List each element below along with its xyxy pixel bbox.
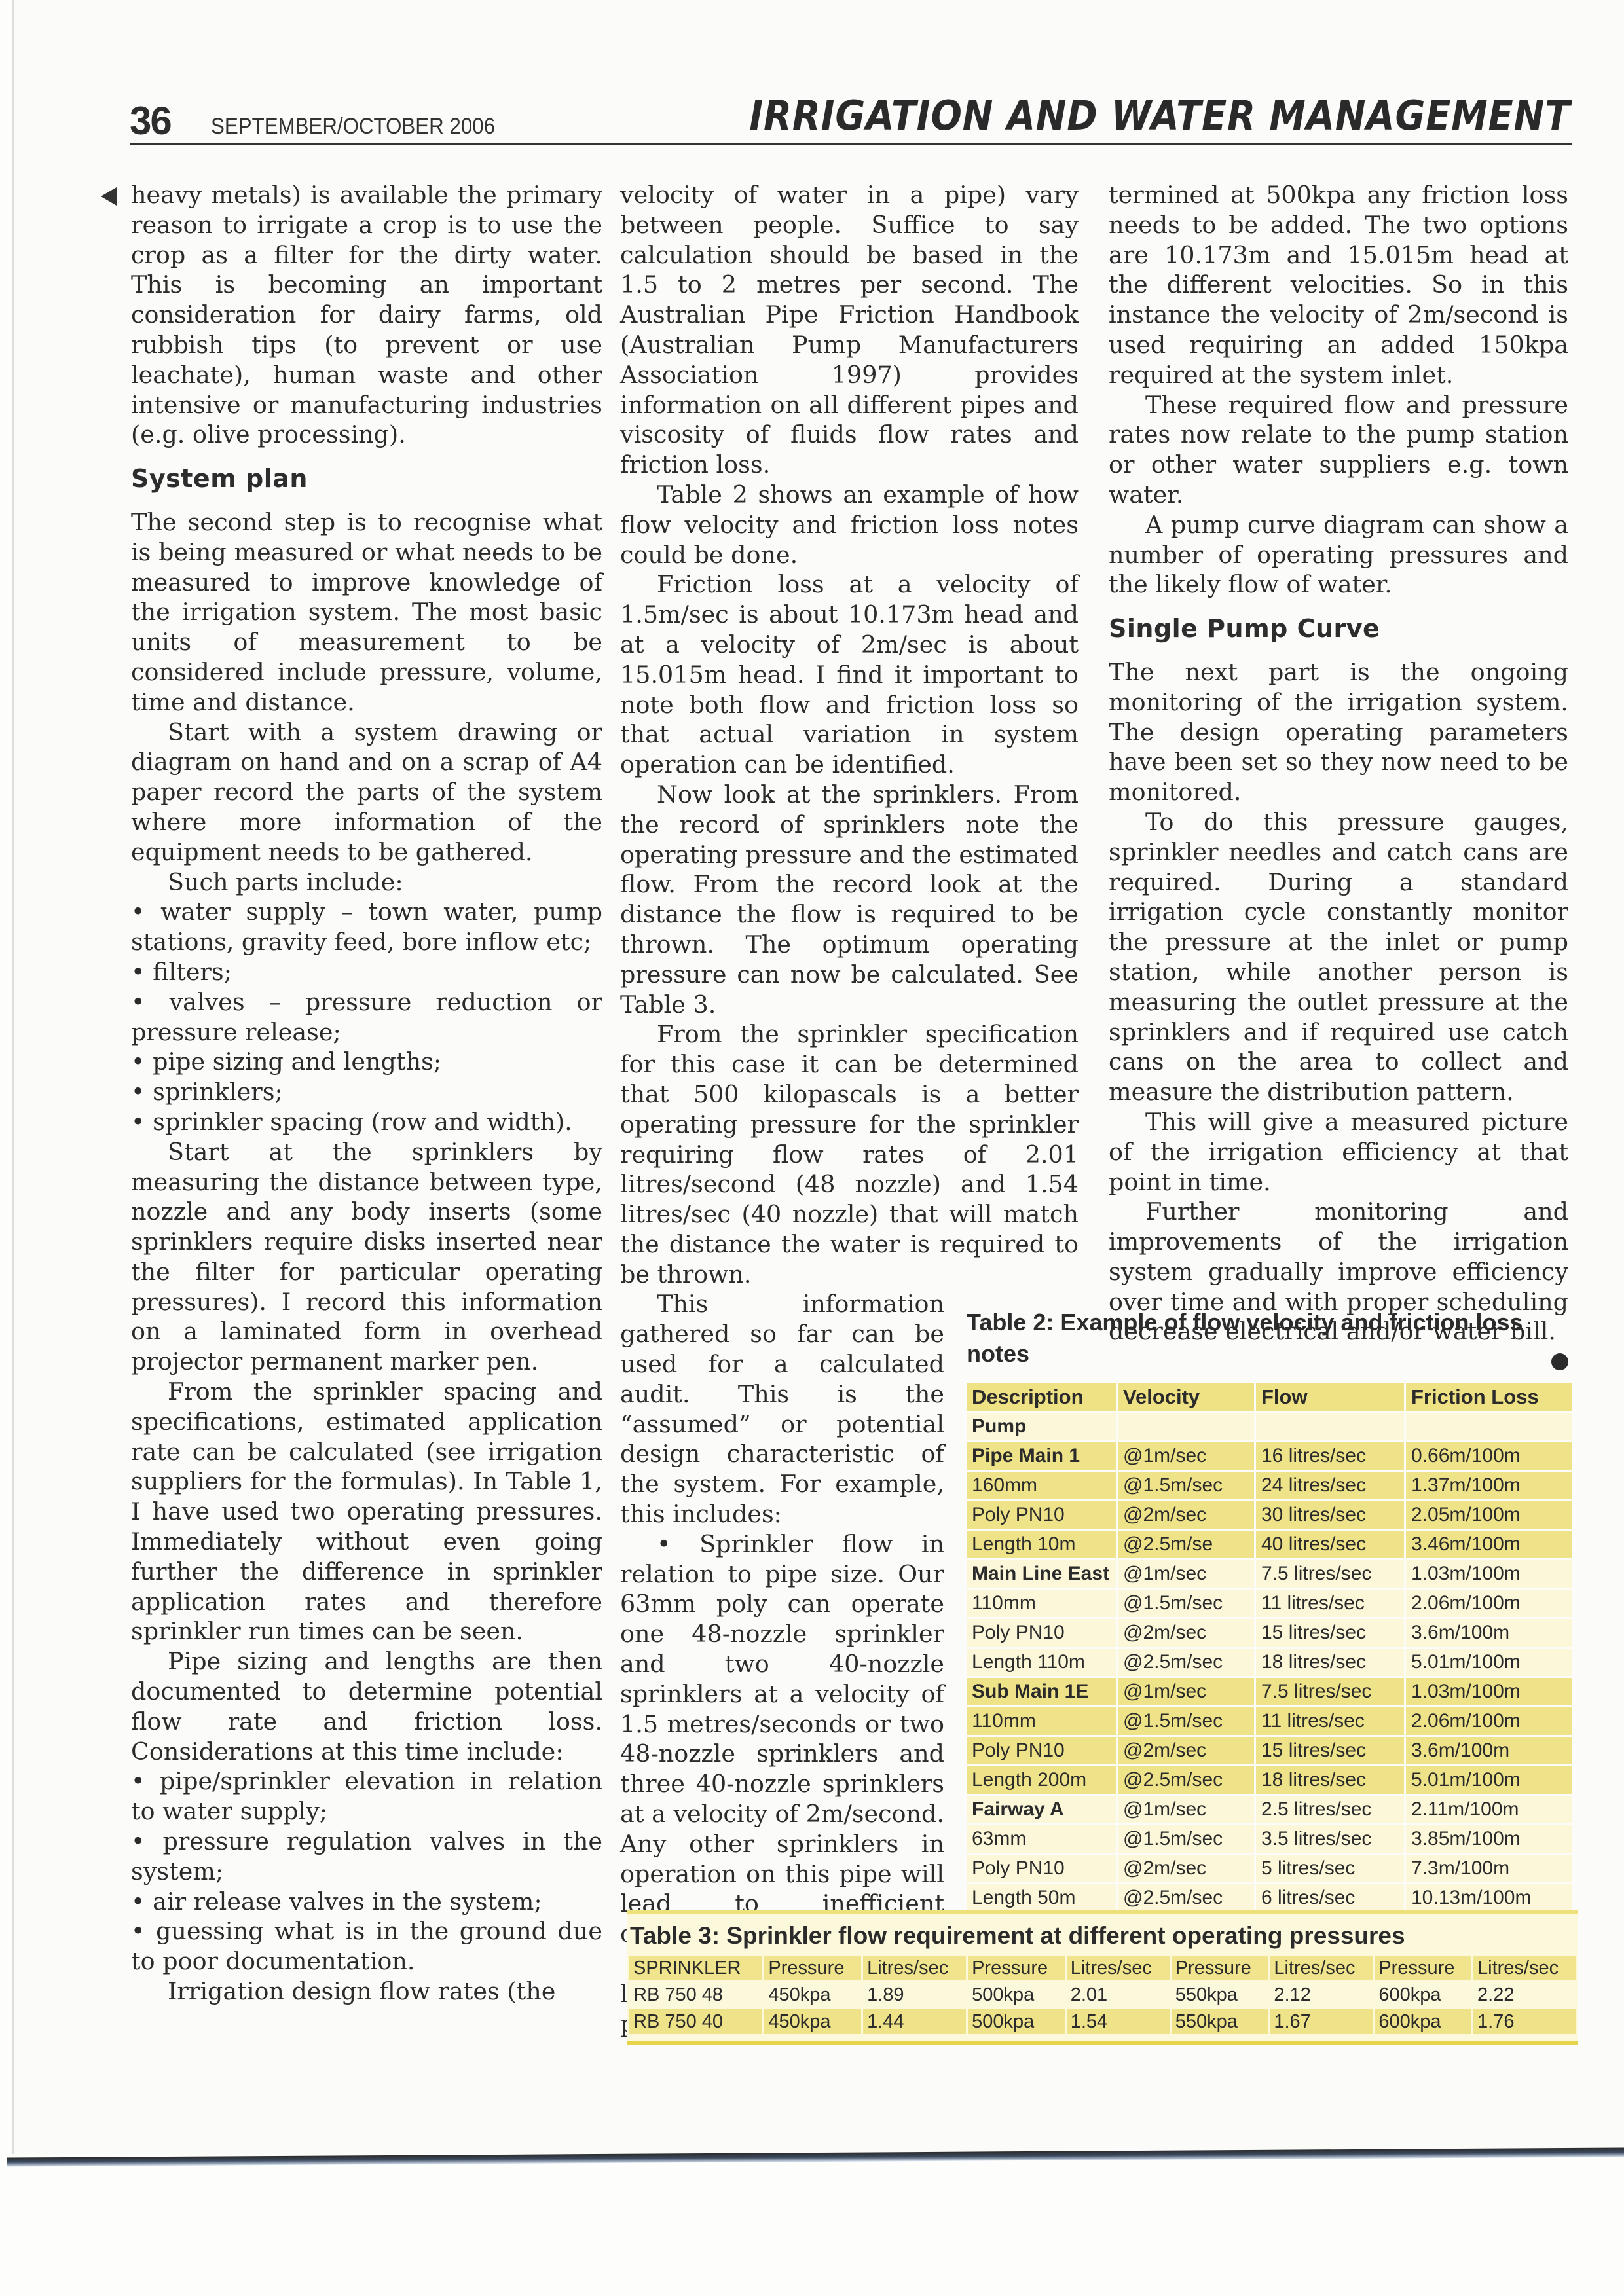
table-row: 110mm @1.5m/sec 11 litres/sec 2.06m/100m xyxy=(967,1707,1572,1735)
cell-flow: 1.76 xyxy=(1473,2009,1576,2034)
cell-flow: 1.54 xyxy=(1067,2009,1170,2034)
column-header: Friction Loss xyxy=(1406,1383,1572,1411)
cell-description: 160mm xyxy=(967,1472,1116,1499)
paragraph: The second step is to recognise what is … xyxy=(131,507,602,718)
cell-pressure: 550kpa xyxy=(1172,1982,1268,2007)
table-row: Fairway A @1m/sec 2.5 litres/sec 2.11m/1… xyxy=(967,1796,1572,1823)
paragraph: termined at 500kpa any friction loss nee… xyxy=(1109,180,1568,390)
cell-flow: 15 litres/sec xyxy=(1256,1619,1404,1647)
cell-flow: 7.5 litres/sec xyxy=(1256,1678,1404,1705)
table-row: Poly PN10 @2m/sec 15 litres/sec 3.6m/100… xyxy=(967,1737,1572,1764)
cell-velocity: @1m/sec xyxy=(1118,1678,1254,1705)
cell-velocity: @2.5m/sec xyxy=(1118,1766,1254,1794)
paragraph: From the sprinkler specification for thi… xyxy=(620,1019,1079,1289)
table-row: RB 750 40 450kpa 1.44 500kpa 1.54 550kpa… xyxy=(629,2009,1576,2034)
cell-flow: 18 litres/sec xyxy=(1256,1766,1404,1794)
paragraph: To do this pressure gauges, sprinkler ne… xyxy=(1109,807,1568,1107)
magazine-title: IRRIGATION AND WATER MANAGEMENT xyxy=(749,92,1570,139)
cell-description: Length 200m xyxy=(967,1766,1116,1794)
cell-velocity: @1m/sec xyxy=(1118,1442,1254,1470)
cell-friction-loss xyxy=(1406,1413,1572,1440)
cell-velocity: @1.5m/sec xyxy=(1118,1707,1254,1735)
cell-velocity: @1.5m/sec xyxy=(1118,1825,1254,1853)
paragraph: A pump curve diagram can show a number o… xyxy=(1109,510,1568,600)
cell-velocity: @2.5m/se xyxy=(1118,1531,1254,1558)
column-header: Pressure xyxy=(1375,1956,1471,1980)
table-row: RB 750 48 450kpa 1.89 500kpa 2.01 550kpa… xyxy=(629,1982,1576,2007)
column-3: termined at 500kpa any friction loss nee… xyxy=(1109,180,1568,1370)
cell-flow: 24 litres/sec xyxy=(1256,1472,1404,1499)
table-2-grid: Description Velocity Flow Friction Loss … xyxy=(965,1381,1574,1914)
cell-velocity: @2.5m/sec xyxy=(1118,1649,1254,1676)
bullet-item: • Sprinkler flow in relation to pipe siz… xyxy=(620,1529,944,1949)
cell-velocity: @1.5m/sec xyxy=(1118,1472,1254,1499)
column-header: Description xyxy=(967,1383,1116,1411)
cell-velocity xyxy=(1118,1413,1254,1440)
cell-velocity: @2m/sec xyxy=(1118,1855,1254,1882)
bullet-item: • air release valves in the system; xyxy=(131,1887,602,1917)
cell-flow: 15 litres/sec xyxy=(1256,1737,1404,1764)
column-header: Flow xyxy=(1256,1383,1404,1411)
cell-friction-loss: 2.06m/100m xyxy=(1406,1707,1572,1735)
paragraph: This information gathered so far can be … xyxy=(620,1289,944,1529)
table-header-row: SPRINKLER Pressure Litres/sec Pressure L… xyxy=(629,1956,1576,1980)
cell-friction-loss: 1.03m/100m xyxy=(1406,1678,1572,1705)
cell-pressure: 600kpa xyxy=(1375,1982,1471,2007)
paragraph: This will give a measured picture of the… xyxy=(1109,1107,1568,1197)
cell-pressure: 500kpa xyxy=(968,2009,1065,2034)
bullet-item: • valves – pressure reduction or pressur… xyxy=(131,987,602,1048)
column-header: Velocity xyxy=(1118,1383,1254,1411)
paragraph: The next part is the ongoing monitoring … xyxy=(1109,657,1568,807)
column-1: heavy metals) is available the primary r… xyxy=(131,180,602,2007)
cell-description: 63mm xyxy=(967,1825,1116,1853)
column-header: Pressure xyxy=(968,1956,1065,1980)
paragraph: Start at the sprinklers by measuring the… xyxy=(131,1137,602,1377)
cell-friction-loss: 2.05m/100m xyxy=(1406,1501,1572,1529)
column-header: Pressure xyxy=(1172,1956,1268,1980)
column-header: Litres/sec xyxy=(1067,1956,1170,1980)
table-row: Pump xyxy=(967,1413,1572,1440)
cell-description: Poly PN10 xyxy=(967,1855,1116,1882)
cell-pressure: 600kpa xyxy=(1375,2009,1471,2034)
paragraph: Irrigation design flow rates (the xyxy=(131,1977,602,2007)
table-row: Length 50m @2.5m/sec 6 litres/sec 10.13m… xyxy=(967,1884,1572,1912)
cell-description: Main Line East xyxy=(967,1560,1116,1588)
header-rule xyxy=(130,143,1572,145)
table-row: 110mm @1.5m/sec 11 litres/sec 2.06m/100m xyxy=(967,1590,1572,1617)
cell-pressure: 450kpa xyxy=(764,1982,861,2007)
cell-description: Pump xyxy=(967,1413,1116,1440)
cell-friction-loss: 0.66m/100m xyxy=(1406,1442,1572,1470)
cell-pressure: 500kpa xyxy=(968,1982,1065,2007)
cell-flow: 2.22 xyxy=(1473,1982,1576,2007)
cell-friction-loss: 3.46m/100m xyxy=(1406,1531,1572,1558)
cell-velocity: @1.5m/sec xyxy=(1118,1590,1254,1617)
cell-flow: 16 litres/sec xyxy=(1256,1442,1404,1470)
cell-friction-loss: 1.03m/100m xyxy=(1406,1560,1572,1588)
cell-velocity: @1m/sec xyxy=(1118,1560,1254,1588)
cell-flow xyxy=(1256,1413,1404,1440)
paragraph: Start with a system drawing or diagram o… xyxy=(131,718,602,867)
table-3-grid: SPRINKLER Pressure Litres/sec Pressure L… xyxy=(627,1954,1578,2036)
cell-velocity: @1m/sec xyxy=(1118,1796,1254,1823)
table-row: Length 10m @2.5m/se 40 litres/sec 3.46m/… xyxy=(967,1531,1572,1558)
cell-friction-loss: 3.85m/100m xyxy=(1406,1825,1572,1853)
table-2: Table 2: Example of flow velocity and fr… xyxy=(967,1307,1576,1914)
bullet-item: • guessing what is in the ground due to … xyxy=(131,1916,602,1977)
bullet-item: • pressure regulation valves in the syst… xyxy=(131,1827,602,1887)
bullet-item: • sprinklers; xyxy=(131,1077,602,1107)
cell-flow: 30 litres/sec xyxy=(1256,1501,1404,1529)
cell-description: 110mm xyxy=(967,1590,1116,1617)
table-3: Table 3: Sprinkler flow requirement at d… xyxy=(627,1910,1578,2045)
table-row: Poly PN10 @2m/sec 15 litres/sec 3.6m/100… xyxy=(967,1619,1572,1647)
paragraph: Friction loss at a velocity of 1.5m/sec … xyxy=(620,570,1079,780)
cell-velocity: @2m/sec xyxy=(1118,1737,1254,1764)
table-row: Length 200m @2.5m/sec 18 litres/sec 5.01… xyxy=(967,1766,1572,1794)
cell-flow: 11 litres/sec xyxy=(1256,1590,1404,1617)
cell-flow: 5 litres/sec xyxy=(1256,1855,1404,1882)
paragraph: These required flow and pressure rates n… xyxy=(1109,390,1568,510)
paragraph: Such parts include: xyxy=(131,867,602,898)
section-heading-system-plan: System plan xyxy=(131,464,602,494)
section-heading-single-pump-curve: Single Pump Curve xyxy=(1109,614,1568,644)
cell-description: Poly PN10 xyxy=(967,1737,1116,1764)
table-row: Length 110m @2.5m/sec 18 litres/sec 5.01… xyxy=(967,1649,1572,1676)
cell-velocity: @2m/sec xyxy=(1118,1501,1254,1529)
cell-description: Fairway A xyxy=(967,1796,1116,1823)
cell-description: Length 110m xyxy=(967,1649,1116,1676)
cell-description: Poly PN10 xyxy=(967,1501,1116,1529)
cell-friction-loss: 2.11m/100m xyxy=(1406,1796,1572,1823)
table-2-caption: Table 2: Example of flow velocity and fr… xyxy=(967,1307,1576,1370)
cell-flow: 3.5 litres/sec xyxy=(1256,1825,1404,1853)
table-row: Sub Main 1E @1m/sec 7.5 litres/sec 1.03m… xyxy=(967,1678,1572,1705)
bullet-item: • water supply – town water, pump statio… xyxy=(131,897,602,957)
issue-date: SEPTEMBER/OCTOBER 2006 xyxy=(211,114,495,139)
bullet-item: • filters; xyxy=(131,957,602,987)
cell-description: Poly PN10 xyxy=(967,1619,1116,1647)
paragraph: velocity of water in a pipe) vary betwee… xyxy=(620,180,1079,480)
cell-friction-loss: 2.06m/100m xyxy=(1406,1590,1572,1617)
table-row: Poly PN10 @2m/sec 30 litres/sec 2.05m/10… xyxy=(967,1501,1572,1529)
column-header: Litres/sec xyxy=(863,1956,966,1980)
bullet-item: • pipe/sprinkler elevation in relation t… xyxy=(131,1766,602,1827)
cell-flow: 1.89 xyxy=(863,1982,966,2007)
cell-flow: 2.5 litres/sec xyxy=(1256,1796,1404,1823)
paragraph: heavy metals) is available the primary r… xyxy=(131,180,602,450)
page-number: 36 xyxy=(130,98,171,143)
column-header: SPRINKLER xyxy=(629,1956,762,1980)
page-header: 36 SEPTEMBER/OCTOBER 2006 IRRIGATION AND… xyxy=(130,92,1570,144)
cell-description: Length 50m xyxy=(967,1884,1116,1912)
column-header: Litres/sec xyxy=(1270,1956,1373,1980)
cell-friction-loss: 10.13m/100m xyxy=(1406,1884,1572,1912)
bullet-item: • pipe sizing and lengths; xyxy=(131,1047,602,1077)
paragraph: From the sprinkler spacing and specifica… xyxy=(131,1377,602,1647)
table-row: 160mm @1.5m/sec 24 litres/sec 1.37m/100m xyxy=(967,1472,1572,1499)
cell-pressure: 450kpa xyxy=(764,2009,861,2034)
cell-friction-loss: 3.6m/100m xyxy=(1406,1737,1572,1764)
cell-velocity: @2m/sec xyxy=(1118,1619,1254,1647)
paragraph: Pipe sizing and lengths are then documen… xyxy=(131,1647,602,1766)
continuation-arrow-icon xyxy=(101,187,117,206)
cell-friction-loss: 1.37m/100m xyxy=(1406,1472,1572,1499)
cell-description: Sub Main 1E xyxy=(967,1678,1116,1705)
cell-flow: 40 litres/sec xyxy=(1256,1531,1404,1558)
cell-description: Pipe Main 1 xyxy=(967,1442,1116,1470)
cell-friction-loss: 5.01m/100m xyxy=(1406,1766,1572,1794)
cell-flow: 6 litres/sec xyxy=(1256,1884,1404,1912)
cell-flow: 11 litres/sec xyxy=(1256,1707,1404,1735)
table-3-caption: Table 3: Sprinkler flow requirement at d… xyxy=(627,1921,1578,1951)
cell-description: 110mm xyxy=(967,1707,1116,1735)
cell-flow: 1.44 xyxy=(863,2009,966,2034)
paragraph: Now look at the sprinklers. From the rec… xyxy=(620,780,1079,1019)
bullet-item: • sprinkler spacing (row and width). xyxy=(131,1107,602,1137)
table-row: Main Line East @1m/sec 7.5 litres/sec 1.… xyxy=(967,1560,1572,1588)
cell-flow: 2.12 xyxy=(1270,1982,1373,2007)
cell-flow: 2.01 xyxy=(1067,1982,1170,2007)
cell-friction-loss: 7.3m/100m xyxy=(1406,1855,1572,1882)
cell-friction-loss: 5.01m/100m xyxy=(1406,1649,1572,1676)
cell-description: Length 10m xyxy=(967,1531,1116,1558)
table-row: Poly PN10 @2m/sec 5 litres/sec 7.3m/100m xyxy=(967,1855,1572,1882)
table-row: 63mm @1.5m/sec 3.5 litres/sec 3.85m/100m xyxy=(967,1825,1572,1853)
cell-friction-loss: 3.6m/100m xyxy=(1406,1619,1572,1647)
cell-sprinkler: RB 750 48 xyxy=(629,1982,762,2007)
paragraph: Table 2 shows an example of how flow vel… xyxy=(620,480,1079,570)
cell-flow: 18 litres/sec xyxy=(1256,1649,1404,1676)
cell-pressure: 550kpa xyxy=(1172,2009,1268,2034)
cell-flow: 1.67 xyxy=(1270,2009,1373,2034)
table-row: Pipe Main 1 @1m/sec 16 litres/sec 0.66m/… xyxy=(967,1442,1572,1470)
cell-flow: 7.5 litres/sec xyxy=(1256,1560,1404,1588)
column-header: Litres/sec xyxy=(1473,1956,1576,1980)
column-header: Pressure xyxy=(764,1956,861,1980)
cell-velocity: @2.5m/sec xyxy=(1118,1884,1254,1912)
cell-sprinkler: RB 750 40 xyxy=(629,2009,762,2034)
